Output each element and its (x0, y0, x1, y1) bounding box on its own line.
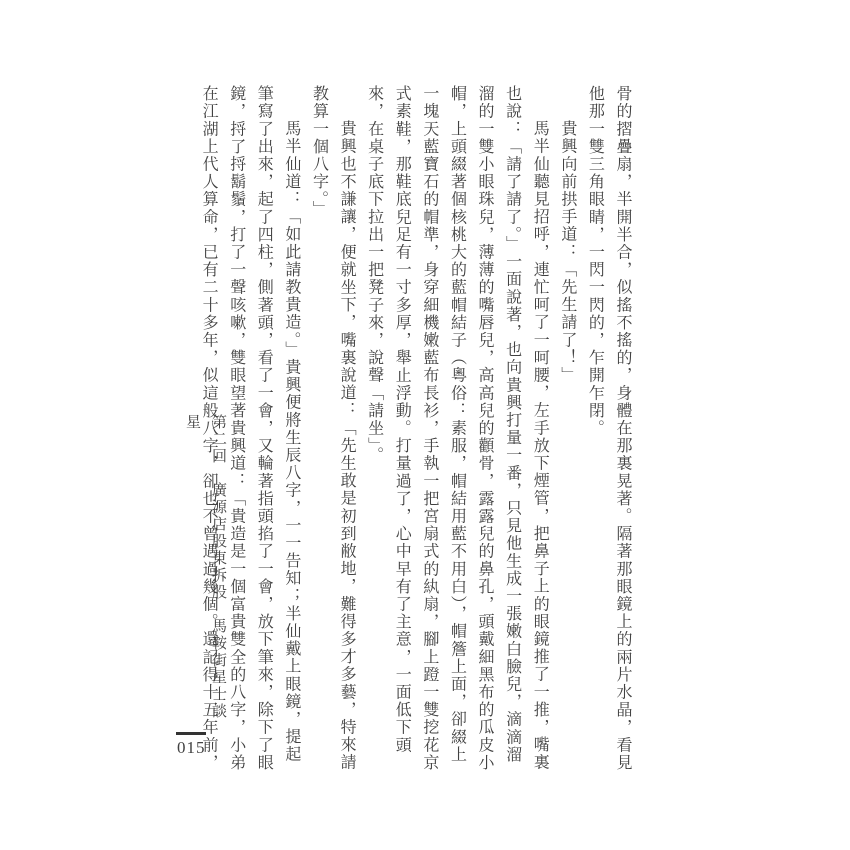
paragraph: 貴興也不謙讓，便就坐下，嘴裏說道：「先生敢是初到敝地，難得多才多藝，特來請教算一… (305, 85, 360, 773)
paragraph: 骨的摺疊扇，半開半合，似搖不搖的，身體在那裏晃著。隔著那眼鏡上的兩片水晶，看見他… (581, 85, 636, 773)
body-text: 骨的摺疊扇，半開半合，似搖不搖的，身體在那裏晃著。隔著那眼鏡上的兩片水晶，看見他… (195, 85, 637, 773)
paragraph: 馬半仙聽見招呼，連忙呵了一呵腰，左手放下煙管，把鼻子上的眼鏡推了一推，嘴裏也說：… (360, 85, 553, 773)
footer-divider-rule (176, 732, 206, 735)
paragraph: 貴興向前拱手道：「先生請了！」 (553, 85, 581, 773)
page-number: 015 (177, 738, 206, 758)
book-page: 骨的摺疊扇，半開半合，似搖不搖的，身體在那裏晃著。隔著那眼鏡上的兩片水晶，看見他… (0, 0, 850, 850)
chapter-running-title: 第二回 廣源店股東拆股 馬鞍街星士談星 (179, 414, 231, 736)
